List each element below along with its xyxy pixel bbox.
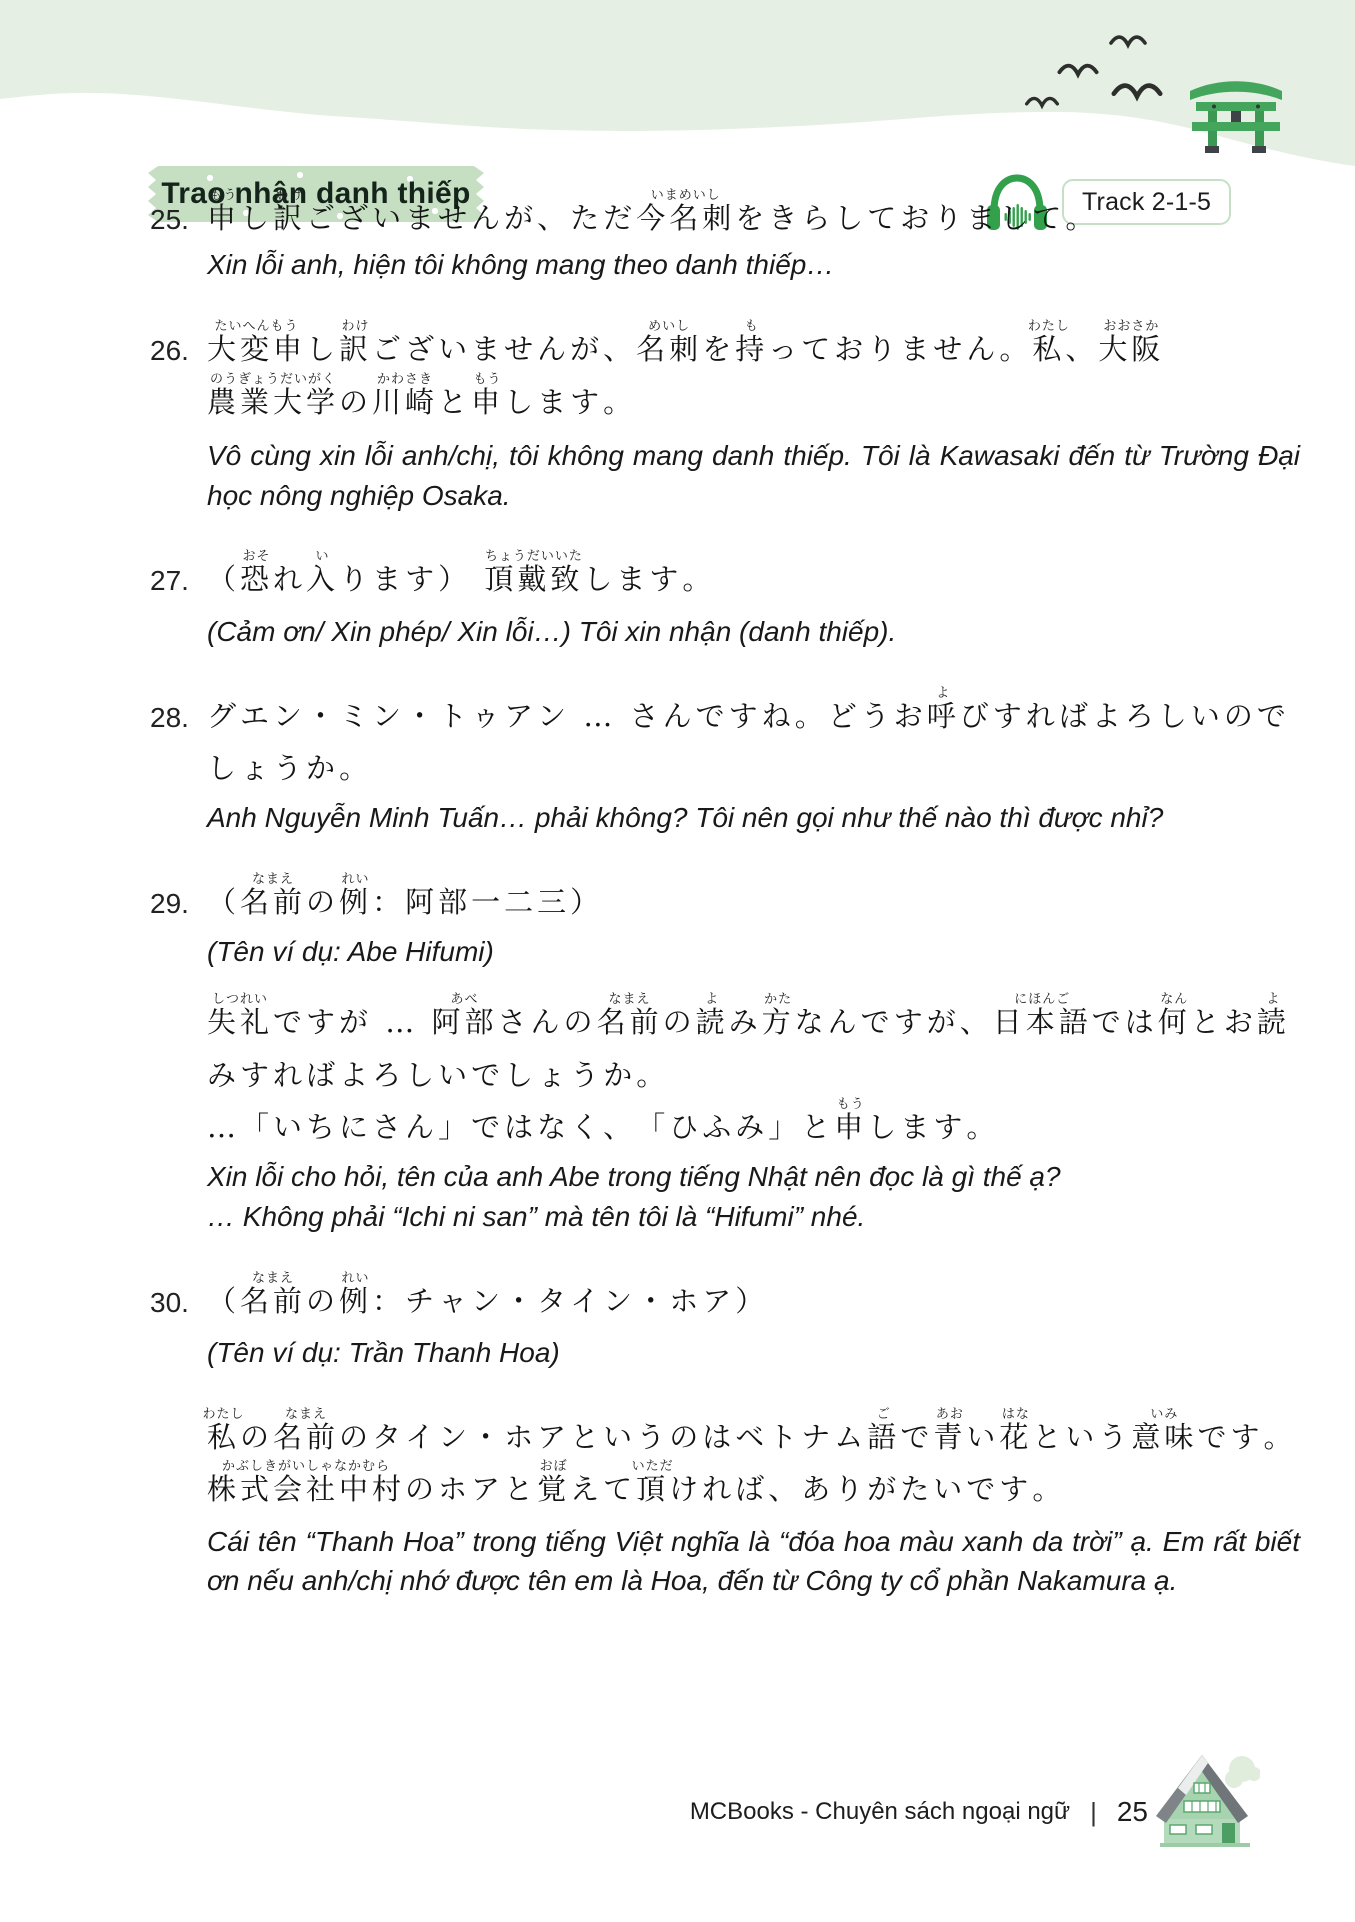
jp-char: お	[900, 201, 933, 236]
jp-char: ン	[372, 699, 405, 734]
jp-char: さ	[372, 1110, 405, 1145]
jp-char: 。	[966, 1110, 999, 1145]
jp-char: で	[471, 1058, 504, 1093]
jp-char: ご	[306, 201, 339, 236]
jp-char: ん	[828, 1005, 861, 1040]
jp-char: …	[385, 1005, 418, 1040]
furigana: よ	[705, 992, 719, 1008]
japanese-line: しょうか。	[207, 734, 1300, 786]
kanji-with-furigana: 恐おそ	[240, 562, 273, 597]
kanji-with-furigana: 日本語にほんご	[993, 1005, 1092, 1040]
japanese-line: （名前なまえの例れい：チャン・タイン・ホア）	[207, 1267, 1300, 1319]
gassho-house-icon	[1150, 1752, 1260, 1860]
jp-char: 、	[768, 1472, 801, 1507]
vietnamese-translation: Xin lỗi cho hỏi, tên của anh Abe trong t…	[207, 1157, 1300, 1197]
japanese-line: 大変申たいへんもうし訳わけございませんが、名刺めいしを持もっておりません。私わた…	[207, 315, 1300, 367]
jp-char: の	[669, 1420, 702, 1455]
page-footer: MCBooks - Chuyên sách ngoại ngữ | 25	[0, 1796, 1148, 1828]
item-number: 25.	[150, 204, 189, 236]
jp-char: ベ	[735, 1420, 768, 1455]
jp-char: お	[1224, 1005, 1257, 1040]
kanji-with-furigana: 申もう	[207, 201, 240, 236]
furigana: なん	[1160, 992, 1188, 1008]
jp-char: ン	[471, 1284, 504, 1319]
japanese-line: 申もうし訳わけございませんが、ただ今名刺いまめいしをきらしておりまして。	[207, 184, 1300, 236]
jp-char: あ	[801, 1472, 834, 1507]
jp-char: す	[1230, 1420, 1263, 1455]
jp-char: ば	[735, 1472, 768, 1507]
kanji-with-furigana: 花はな	[999, 1420, 1032, 1455]
jp-char: た	[900, 1472, 933, 1507]
japanese-line: グエン・ミン・トゥアン … さんですね。どうお呼よびすればよろしいので	[207, 682, 1300, 734]
jp-char: ろ	[1125, 699, 1158, 734]
vietnamese-translation: (Cảm ơn/ Xin phép/ Xin lỗi…) Tôi xin nhậ…	[207, 612, 1300, 652]
jp-char: の	[663, 1005, 696, 1040]
jp-char: チ	[405, 1284, 438, 1319]
jp-char: で	[900, 1420, 933, 1455]
furigana: れい	[342, 872, 370, 888]
jp-char: せ	[438, 201, 471, 236]
kanji-with-furigana: 入い	[306, 562, 339, 597]
jp-char: れ	[273, 562, 306, 597]
kanji-with-furigana: 名前なまえ	[240, 885, 306, 920]
jp-char: き	[768, 201, 801, 236]
jp-char: ・	[306, 699, 339, 734]
jp-char: イ	[405, 1420, 438, 1455]
kanji-with-furigana: 呼よ	[927, 699, 960, 734]
furigana: いただ	[632, 1459, 674, 1475]
furigana: もう	[474, 372, 502, 388]
jp-char: ・	[405, 699, 438, 734]
furigana: もう	[837, 1097, 865, 1113]
jp-char: ト	[438, 699, 471, 734]
dialogue-item-25: 25.申もうし訳わけございませんが、ただ今名刺いまめいしをきらしておりまして。X…	[150, 184, 1300, 285]
jp-char: ホ	[504, 1420, 537, 1455]
furigana: はな	[1002, 1407, 1030, 1423]
items-list: 25.申もうし訳わけございませんが、ただ今名刺いまめいしをきらしておりまして。X…	[150, 184, 1300, 1631]
vietnamese-translation: Vô cùng xin lỗi anh/chị, tôi không mang …	[207, 436, 1300, 516]
furigana: なまえ	[252, 872, 294, 888]
jp-char: 。	[339, 751, 372, 786]
vietnamese-translation: (Tên ví dụ: Trần Thanh Hoa)	[207, 1333, 1300, 1373]
jp-char: 、	[537, 201, 570, 236]
kanji-with-furigana: 訳わけ	[339, 332, 372, 367]
jp-char: か	[306, 751, 339, 786]
jp-char: が	[504, 201, 537, 236]
furigana: いみ	[1150, 1407, 1178, 1423]
jp-char: す	[649, 562, 682, 597]
kanji-with-furigana: 申もう	[834, 1110, 867, 1145]
jp-char: 、	[1065, 332, 1098, 367]
furigana: もう	[209, 188, 237, 204]
jp-char: ン	[603, 1284, 636, 1319]
jp-char: が	[867, 1472, 900, 1507]
furigana: わけ	[342, 319, 370, 335]
jp-char: う	[570, 1058, 603, 1093]
jp-char: が	[570, 332, 603, 367]
kanji-with-furigana: 意味いみ	[1131, 1420, 1197, 1455]
jp-char: ざ	[339, 201, 372, 236]
jp-char: よ	[1092, 699, 1125, 734]
furigana: い	[316, 549, 330, 565]
jp-char: 「	[636, 1110, 669, 1145]
furigana: れい	[342, 1271, 370, 1287]
jp-char: の	[564, 1005, 597, 1040]
jp-char: …	[583, 699, 616, 734]
jp-char: い	[933, 1472, 966, 1507]
jp-char: よ	[339, 1058, 372, 1093]
jp-char: で	[273, 1005, 306, 1040]
item-number: 26.	[150, 335, 189, 367]
jp-char: の	[240, 1420, 273, 1455]
jp-char: ま	[900, 1110, 933, 1145]
furigana: のうぎょうだいがく	[210, 372, 336, 388]
furigana: よ	[936, 686, 950, 702]
jp-char: タ	[372, 1420, 405, 1455]
jp-char: と	[801, 1110, 834, 1145]
furigana: にほんご	[1014, 992, 1070, 1008]
page-number: 25	[1117, 1796, 1148, 1828]
jp-char: ち	[306, 1110, 339, 1145]
jp-char: ア	[537, 1420, 570, 1455]
jp-char: え	[570, 1472, 603, 1507]
jp-char: （	[207, 885, 240, 920]
japanese-block: 大変申たいへんもうし訳わけございませんが、名刺めいしを持もっておりません。私わた…	[207, 315, 1300, 420]
jp-char: タ	[537, 1284, 570, 1319]
jp-char: す	[999, 1472, 1032, 1507]
furigana: いまめいし	[651, 188, 721, 204]
jp-char: ん	[663, 699, 696, 734]
kanji-with-furigana: 読よ	[696, 1005, 729, 1040]
kanji-with-furigana: 訳わけ	[273, 201, 306, 236]
jp-char: し	[867, 1110, 900, 1145]
vietnamese-block: Cái tên “Thanh Hoa” trong tiếng Việt ngh…	[207, 1522, 1300, 1602]
japanese-line: …「いちにさん」ではなく、「ひふみ」と申もうします。	[207, 1093, 1300, 1145]
jp-char: う	[636, 1420, 669, 1455]
kanji-with-furigana: 名前なまえ	[597, 1005, 663, 1040]
jp-char: 、	[603, 332, 636, 367]
jp-char: れ	[1026, 699, 1059, 734]
furigana: あお	[936, 1407, 964, 1423]
kanji-with-furigana: 青あお	[933, 1420, 966, 1455]
kanji-with-furigana: 例れい	[339, 885, 372, 920]
jp-char: （	[207, 562, 240, 597]
dialogue-item-29: 29.（名前なまえの例れい：阿部一二三）(Tên ví dụ: Abe Hifu…	[150, 868, 1300, 1237]
jp-char: し	[405, 1058, 438, 1093]
japanese-block: 私わたしの名前なまえのタイン・ホアというのはベトナム語ごで青あおい花はなという意…	[207, 1403, 1300, 1508]
jp-char: 。	[1263, 1420, 1296, 1455]
furigana: しつれい	[212, 992, 268, 1008]
furigana: わけ	[276, 188, 304, 204]
jp-char: せ	[933, 332, 966, 367]
publisher-label: MCBooks - Chuyên sách ngoại ngữ	[690, 1798, 1070, 1826]
jp-char: が	[339, 1005, 372, 1040]
jp-char: な	[795, 1005, 828, 1040]
jp-char: ア	[471, 1472, 504, 1507]
jp-char: ）	[735, 1284, 768, 1319]
jp-char: で	[861, 1005, 894, 1040]
jp-char: せ	[504, 332, 537, 367]
kanji-with-furigana: 例れい	[339, 1284, 372, 1319]
jp-char: 。	[636, 1058, 669, 1093]
jp-char: で	[966, 1472, 999, 1507]
top-wave-decoration	[0, 0, 1355, 180]
jp-char: ト	[768, 1420, 801, 1455]
kanji-with-furigana: 大阪おおさか	[1098, 332, 1164, 367]
jp-char: （	[207, 1284, 240, 1319]
jp-char: ば	[1059, 699, 1092, 734]
japanese-block: グエン・ミン・トゥアン … さんですね。どうお呼よびすればよろしいのでしょうか。	[207, 682, 1300, 787]
jp-char: り	[834, 1472, 867, 1507]
jp-char: ま	[900, 332, 933, 367]
jp-char: ん	[471, 201, 504, 236]
jp-char: ）	[438, 562, 471, 597]
jp-char: い	[1065, 1420, 1098, 1455]
jp-char: …	[207, 1110, 240, 1145]
jp-char: 、	[603, 1110, 636, 1145]
jp-char: ア	[702, 1284, 735, 1319]
bird-icon	[1108, 30, 1148, 52]
jp-char: ょ	[537, 1058, 570, 1093]
vietnamese-block: (Tên ví dụ: Abe Hifumi)	[207, 932, 1300, 972]
jp-char: っ	[768, 332, 801, 367]
jp-char: 阿	[405, 885, 438, 920]
jp-char: ま	[616, 562, 649, 597]
japanese-block: 失礼しつれいですが … 阿部あべさんの名前なまえの読よみ方かたなんですが、日本語…	[207, 988, 1300, 1145]
kanji-with-furigana: 今名刺いまめいし	[636, 201, 735, 236]
furigana: かた	[764, 992, 792, 1008]
jp-char: い	[273, 1110, 306, 1145]
jp-char: の	[1224, 699, 1257, 734]
jp-char: す	[933, 1110, 966, 1145]
jp-char: ん	[966, 332, 999, 367]
jp-char: う	[861, 699, 894, 734]
jp-char: お	[834, 332, 867, 367]
kanji-with-furigana: 何なん	[1158, 1005, 1191, 1040]
footer-divider: |	[1090, 1797, 1097, 1828]
jp-char: 。	[795, 699, 828, 734]
vietnamese-translation: Xin lỗi anh, hiện tôi không mang theo da…	[207, 245, 1300, 285]
jp-char: り	[867, 332, 900, 367]
jp-char: に	[339, 1110, 372, 1145]
kanji-with-furigana: 方かた	[762, 1005, 795, 1040]
jp-char: ま	[405, 201, 438, 236]
jp-char	[616, 699, 629, 734]
jp-char: す	[894, 1005, 927, 1040]
jp-char: ま	[537, 385, 570, 420]
jp-char: み	[207, 1058, 240, 1093]
jp-char: の	[339, 1420, 372, 1455]
jp-char: ・	[504, 1284, 537, 1319]
furigana: ちょうだいいた	[485, 549, 583, 565]
jp-char: ざ	[405, 332, 438, 367]
dialogue-item-27: 27.（恐おそれ入いります） 頂戴致ちょうだいいたします。(Cảm ơn/ Xi…	[150, 545, 1300, 651]
item-number: 27.	[150, 565, 189, 597]
furigana: ご	[877, 1407, 891, 1423]
jp-char: と	[570, 1420, 603, 1455]
furigana: も	[745, 319, 759, 335]
kanji-with-furigana: 持も	[735, 332, 768, 367]
jp-char: て	[1032, 201, 1065, 236]
jp-char: ん	[531, 1005, 564, 1040]
jp-char: グ	[207, 699, 240, 734]
jp-char: ま	[966, 201, 999, 236]
jp-char: イ	[570, 1284, 603, 1319]
jp-char: み	[729, 1005, 762, 1040]
kanji-with-furigana: 名前なまえ	[273, 1420, 339, 1455]
jp-char: う	[1098, 1420, 1131, 1455]
jp-char: を	[735, 201, 768, 236]
jp-char: ）	[570, 885, 603, 920]
jp-char: の	[339, 385, 372, 420]
japanese-line: （名前なまえの例れい：阿部一二三）	[207, 868, 1300, 920]
jp-char: 一	[471, 885, 504, 920]
furigana: おおさか	[1103, 319, 1159, 335]
jp-char: ふ	[702, 1110, 735, 1145]
furigana: なまえ	[609, 992, 651, 1008]
jp-char: い	[438, 332, 471, 367]
japanese-line: （恐おそれ入いります） 頂戴致ちょうだいいたします。	[207, 545, 1300, 597]
jp-char: さ	[630, 699, 663, 734]
jp-char: ひ	[669, 1110, 702, 1145]
jp-char: し	[504, 1058, 537, 1093]
dialogue-item-26: 26.大変申たいへんもうし訳わけございませんが、名刺めいしを持もっておりません。…	[150, 315, 1300, 515]
furigana: めいし	[648, 319, 690, 335]
jp-char: 。	[1065, 201, 1098, 236]
item-number: 29.	[150, 888, 189, 920]
furigana: わたし	[202, 1407, 244, 1423]
jp-char: 」	[438, 1110, 471, 1145]
jp-char: ホ	[438, 1472, 471, 1507]
jp-char: 三	[537, 885, 570, 920]
jp-char: ろ	[372, 1058, 405, 1093]
jp-char: を	[702, 332, 735, 367]
jp-char: な	[537, 1110, 570, 1145]
vietnamese-block: Vô cùng xin lỗi anh/chị, tôi không mang …	[207, 436, 1300, 516]
jp-char: の	[306, 885, 339, 920]
jp-char: し	[240, 201, 273, 236]
bird-icon	[1056, 58, 1100, 82]
jp-char: ま	[471, 332, 504, 367]
japanese-line: 失礼しつれいですが … 阿部あべさんの名前なまえの読よみ方かたなんですが、日本語…	[207, 988, 1300, 1040]
furigana: おぼ	[540, 1459, 568, 1475]
jp-char: う	[273, 751, 306, 786]
jp-char: 。	[1032, 1472, 1065, 1507]
kanji-with-furigana: 阿部あべ	[432, 1005, 498, 1040]
jp-char: ま	[372, 562, 405, 597]
jp-char: て	[801, 332, 834, 367]
jp-char: ど	[828, 699, 861, 734]
vietnamese-block: Xin lỗi anh, hiện tôi không mang theo da…	[207, 245, 1300, 285]
jp-char: い	[966, 1420, 999, 1455]
jp-char: す	[306, 1005, 339, 1040]
kanji-with-furigana: 覚おぼ	[537, 1472, 570, 1507]
jp-char: し	[583, 562, 616, 597]
kanji-with-furigana: 大変申たいへんもう	[207, 332, 306, 367]
jp-char: の	[405, 1472, 438, 1507]
jp-char: く	[570, 1110, 603, 1145]
jp-char: し	[504, 385, 537, 420]
jp-char: ム	[834, 1420, 867, 1455]
jp-char: ア	[504, 699, 537, 734]
jp-char: で	[696, 699, 729, 734]
jp-char: ん	[537, 332, 570, 367]
jp-char: か	[603, 1058, 636, 1093]
kanji-with-furigana: 私わたし	[207, 1420, 240, 1455]
jp-char: た	[570, 201, 603, 236]
jp-char: ：	[372, 1284, 405, 1319]
jp-char: し	[207, 751, 240, 786]
kanji-with-furigana: 名刺めいし	[636, 332, 702, 367]
jp-char: す	[405, 562, 438, 597]
jp-char: ホ	[669, 1284, 702, 1319]
jp-char	[372, 1005, 385, 1040]
jp-char: 。	[999, 332, 1032, 367]
kanji-with-furigana: 農業大学のうぎょうだいがく	[207, 385, 339, 420]
jp-char: は	[1125, 1005, 1158, 1040]
furigana: たいへんもう	[214, 319, 298, 335]
furigana: かわさき	[377, 372, 433, 388]
jp-char: お	[894, 699, 927, 734]
jp-char: ・	[471, 1420, 504, 1455]
jp-char: す	[729, 699, 762, 734]
kanji-with-furigana: 私わたし	[1032, 332, 1065, 367]
jp-char: い	[1191, 699, 1224, 734]
vietnamese-translation: Cái tên “Thanh Hoa” trong tiếng Việt ngh…	[207, 1522, 1300, 1602]
kanji-with-furigana: 読よ	[1257, 1005, 1290, 1040]
jp-char: ば	[306, 1058, 339, 1093]
kanji-with-furigana: 頂いただ	[636, 1472, 669, 1507]
vietnamese-translation: Anh Nguyễn Minh Tuấn… phải không? Tôi nê…	[207, 798, 1300, 838]
jp-char	[418, 1005, 431, 1040]
furigana: かぶしきがいしゃなかむら	[222, 1459, 390, 1475]
kanji-with-furigana: 失礼しつれい	[207, 1005, 273, 1040]
jp-char: 二	[504, 885, 537, 920]
jp-char: と	[1191, 1005, 1224, 1040]
vietnamese-block: (Tên ví dụ: Trần Thanh Hoa)	[207, 1333, 1300, 1373]
jp-char: し	[999, 201, 1032, 236]
jp-char: は	[702, 1420, 735, 1455]
vietnamese-translation: … Không phải “Ichi ni san” mà tên tôi là…	[207, 1197, 1300, 1237]
vietnamese-translation: (Tên ví dụ: Abe Hifumi)	[207, 932, 1300, 972]
japanese-block: （恐おそれ入いります） 頂戴致ちょうだいいたします。	[207, 545, 1300, 597]
torii-gate-icon	[1186, 74, 1286, 154]
japanese-block: （名前なまえの例れい：チャン・タイン・ホア）	[207, 1267, 1300, 1319]
jp-char: エ	[240, 699, 273, 734]
kanji-with-furigana: 株式会社中村かぶしきがいしゃなかむら	[207, 1472, 405, 1507]
bird-icon	[1024, 92, 1060, 112]
jp-char: ン	[273, 699, 306, 734]
jp-char: て	[867, 201, 900, 236]
jp-char: す	[240, 1058, 273, 1093]
furigana: あべ	[450, 992, 478, 1008]
kanji-with-furigana: 語ご	[867, 1420, 900, 1455]
bird-icon	[1108, 76, 1166, 106]
japanese-block: 申もうし訳わけございませんが、ただ今名刺いまめいしをきらしておりまして。	[207, 184, 1300, 236]
jp-char: ン	[438, 1420, 471, 1455]
dialogue-item-28: 28.グエン・ミン・トゥアン … さんですね。どうお呼よびすればよろしいのでしょ…	[150, 682, 1300, 839]
japanese-block: （名前なまえの例れい：阿部一二三）	[207, 868, 1300, 920]
jp-char: さ	[498, 1005, 531, 1040]
jp-char: 部	[438, 885, 471, 920]
japanese-line: みすればよろしいでしょうか。	[207, 1041, 1300, 1093]
jp-char: ね	[762, 699, 795, 734]
kanji-with-furigana: 名前なまえ	[240, 1284, 306, 1319]
jp-char: 。	[682, 562, 715, 597]
jp-char: ャ	[438, 1284, 471, 1319]
furigana: なまえ	[285, 1407, 327, 1423]
dialogue-item-30: 30.（名前なまえの例れい：チャン・タイン・ホア）(Tên ví dụ: Trầ…	[150, 1267, 1300, 1601]
